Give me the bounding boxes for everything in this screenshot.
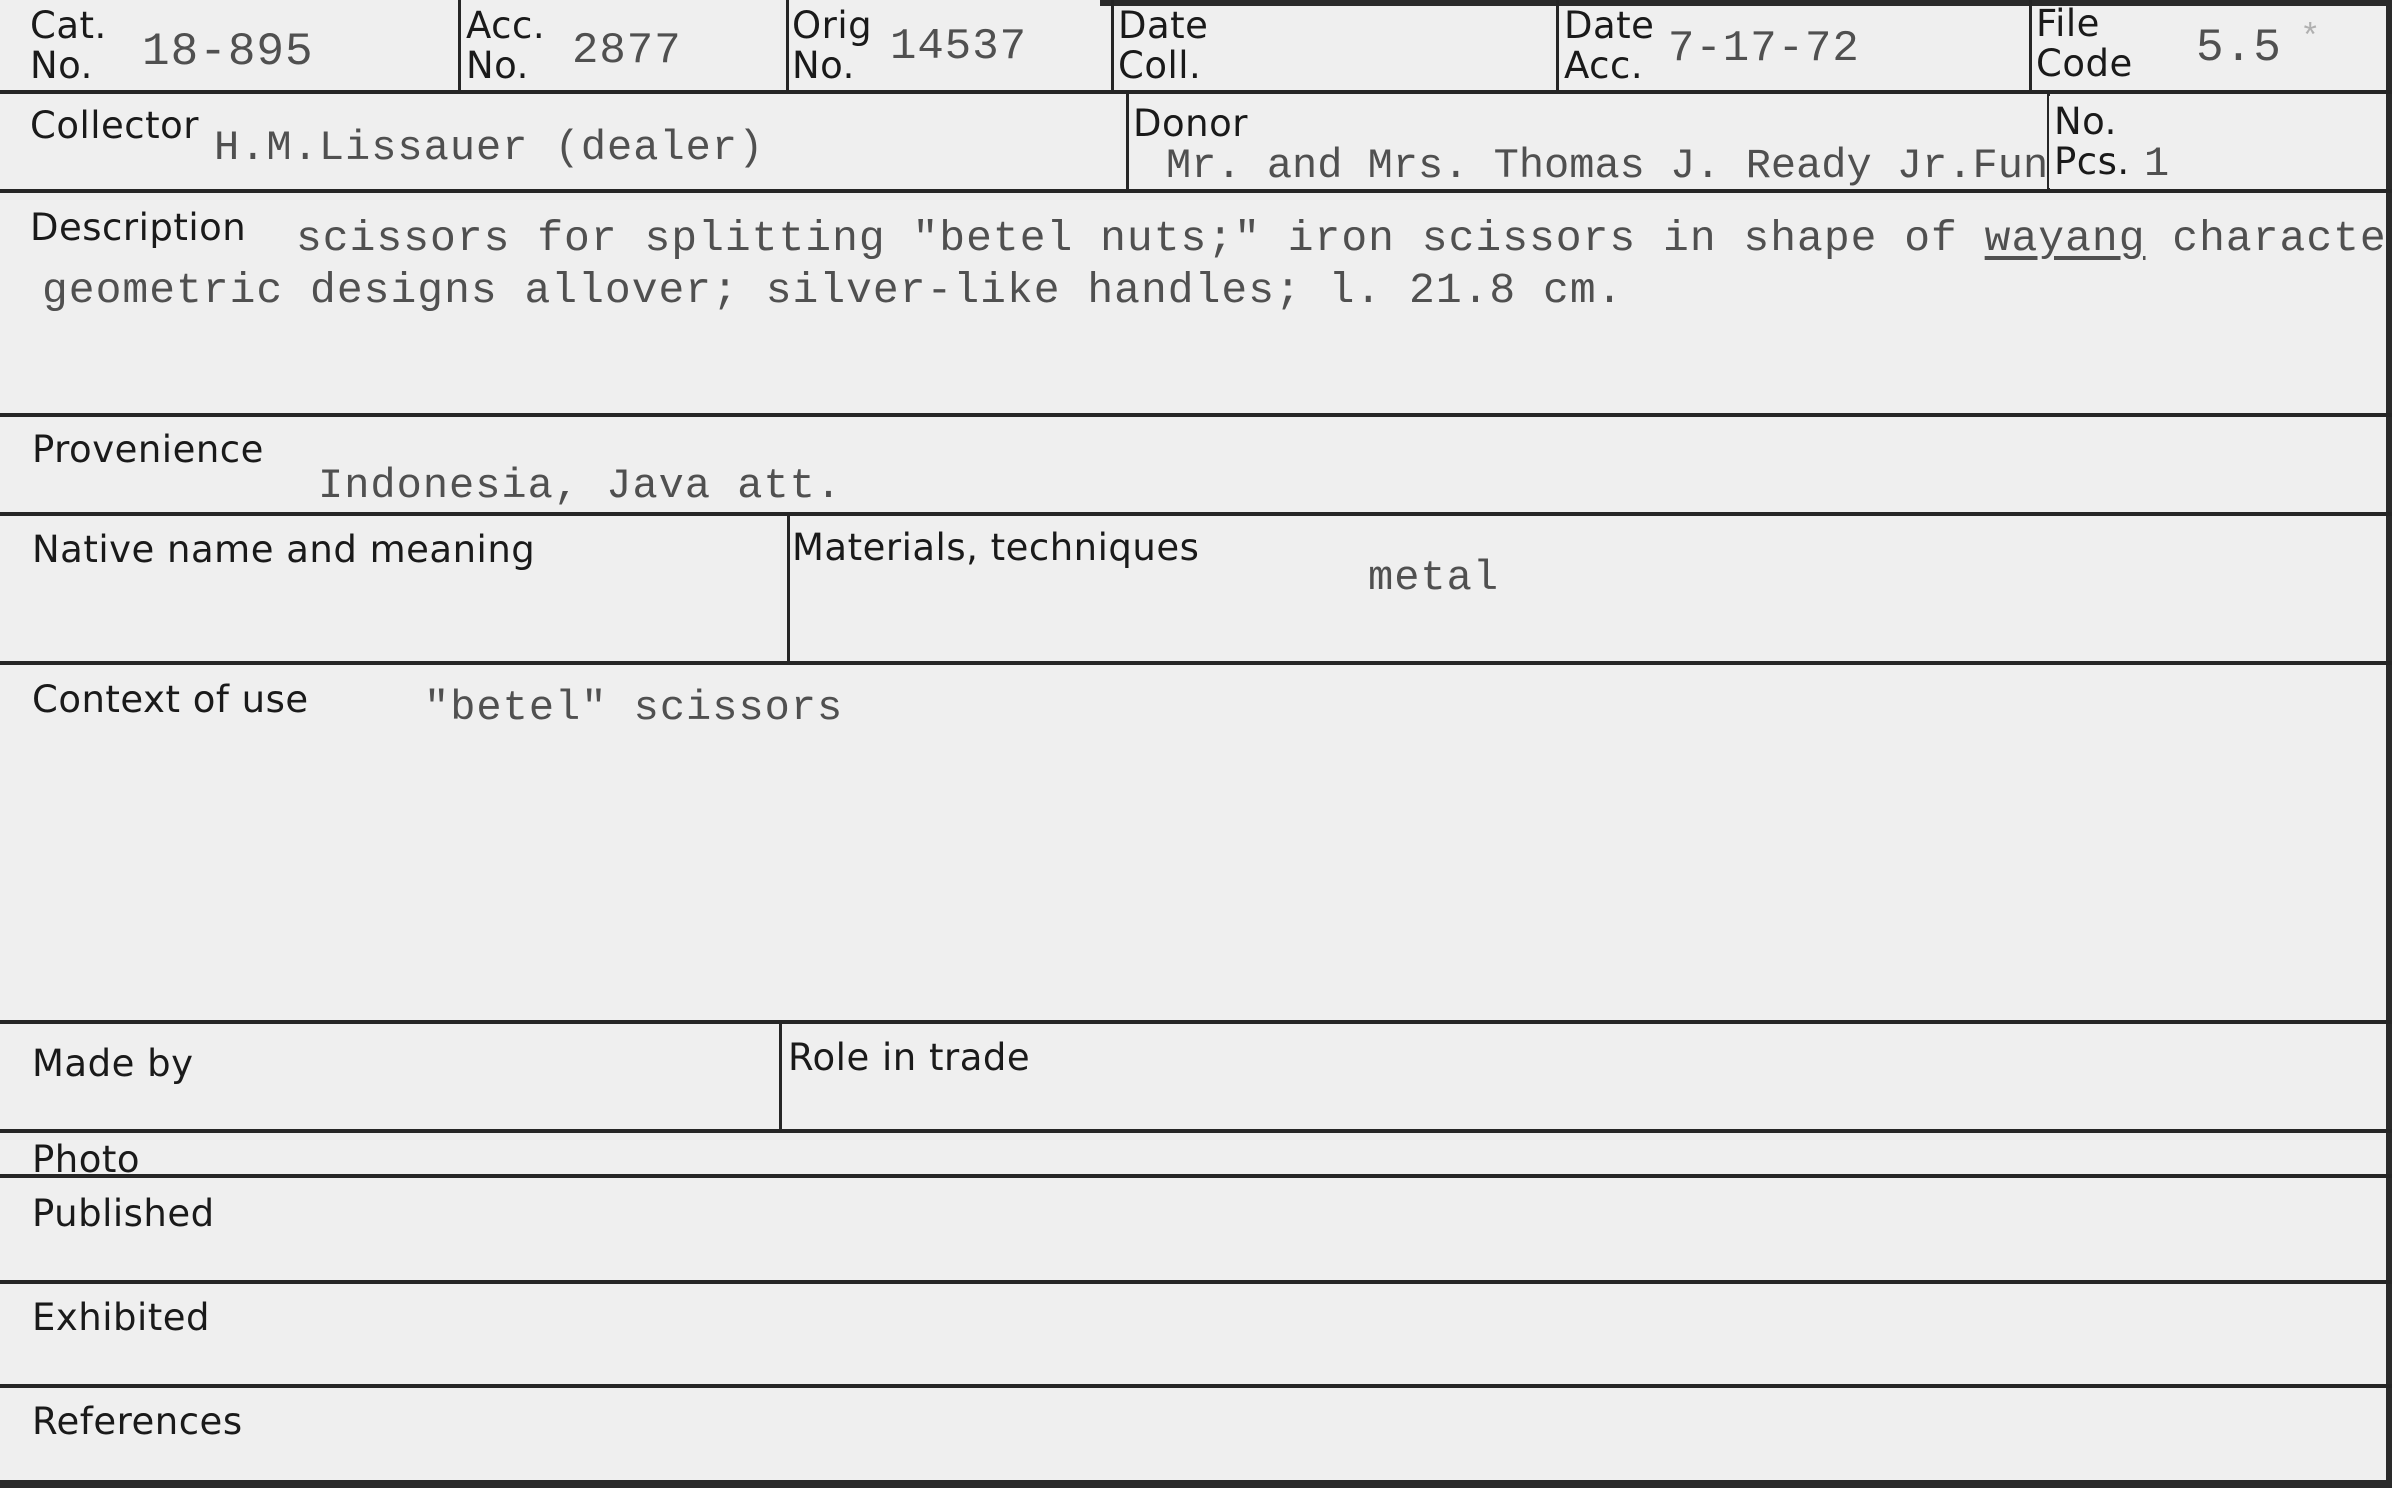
divider-cat-acc [458, 0, 461, 92]
no-pcs-label-line2: Pcs. [2054, 142, 2130, 182]
rule-context [0, 1020, 2392, 1024]
description-line2: geometric designs allover; silver-like h… [42, 266, 1623, 315]
rule-exhibited [0, 1384, 2392, 1388]
catalog-card: Cat. No. 18-895 Acc. No. 2877 Orig No. 1… [0, 0, 2392, 1488]
file-code-label-line1: File [2036, 4, 2100, 44]
materials-value: metal [1368, 554, 1499, 602]
orig-no-value: 14537 [890, 22, 1027, 72]
date-coll-label-line1: Date [1118, 6, 1208, 46]
card-top-edge [1100, 0, 2392, 6]
card-bottom-edge [0, 1480, 2392, 1488]
donor-label: Donor [1133, 104, 1248, 144]
context-of-use-label: Context of use [32, 680, 309, 720]
native-name-label: Native name and meaning [32, 530, 535, 570]
materials-label: Materials, techniques [792, 528, 1199, 568]
acc-no-label-line1: Acc. [466, 6, 545, 46]
divider-orig-datecoll [1111, 0, 1114, 92]
description-line1-before: scissors for splitting "betel nuts;" iro… [296, 214, 1985, 263]
donor-value: Mr. and Mrs. Thomas J. Ready Jr.Fund [1166, 142, 2073, 190]
orig-no-label-line2: No. [792, 46, 855, 86]
provenience-value: Indonesia, Java att. [318, 462, 842, 510]
collector-value: H.M.Lissauer (dealer) [214, 124, 764, 172]
rule-made-by [0, 1129, 2392, 1133]
context-of-use-value: "betel" scissors [424, 684, 843, 732]
rule-top-row [0, 90, 2392, 94]
rule-native-materials [0, 661, 2392, 665]
file-code-value: 5.5 [2196, 22, 2282, 74]
date-acc-label-line1: Date [1564, 6, 1654, 46]
description-label: Description [30, 208, 246, 248]
divider-dateacc-filecode [2029, 0, 2032, 92]
no-pcs-label-line1: No. [2054, 102, 2117, 142]
description-line1-after: character; [2146, 214, 2392, 263]
cat-no-value: 18-895 [142, 26, 314, 78]
file-code-label-line2: Code [2036, 44, 2133, 84]
rule-provenience [0, 512, 2392, 516]
cat-no-label-line1: Cat. [30, 6, 107, 46]
made-by-label: Made by [32, 1044, 194, 1084]
divider-datecoll-dateacc [1556, 0, 1559, 92]
orig-no-label-line1: Orig [792, 6, 872, 46]
description-underlined-term: wayang [1985, 214, 2146, 263]
date-acc-label-line2: Acc. [1564, 46, 1643, 86]
cat-no-label-line2: No. [30, 46, 93, 86]
acc-no-label-line2: No. [466, 46, 529, 86]
published-label: Published [32, 1194, 215, 1234]
exhibited-label: Exhibited [32, 1298, 210, 1338]
rule-description [0, 413, 2392, 417]
field-no-pcs: No. Pcs. 1 [2049, 96, 2379, 188]
description-line1: scissors for splitting "betel nuts;" iro… [296, 214, 2392, 263]
role-in-trade-label: Role in trade [788, 1038, 1030, 1078]
collector-label: Collector [30, 106, 199, 146]
date-acc-value: 7-17-72 [1668, 24, 1860, 74]
divider-acc-orig [786, 0, 789, 92]
divider-collector-donor [1126, 92, 1129, 191]
file-code-mark: * [2300, 20, 2321, 58]
references-label: References [32, 1402, 243, 1442]
provenience-label: Provenience [32, 430, 264, 470]
no-pcs-value: 1 [2144, 140, 2170, 188]
acc-no-value: 2877 [572, 26, 682, 76]
divider-native-materials [787, 514, 790, 663]
divider-madeby-role [779, 1022, 782, 1131]
date-coll-label-line2: Coll. [1118, 46, 1201, 86]
photo-label: Photo [32, 1140, 140, 1180]
rule-photo [0, 1174, 2392, 1178]
rule-published [0, 1280, 2392, 1284]
